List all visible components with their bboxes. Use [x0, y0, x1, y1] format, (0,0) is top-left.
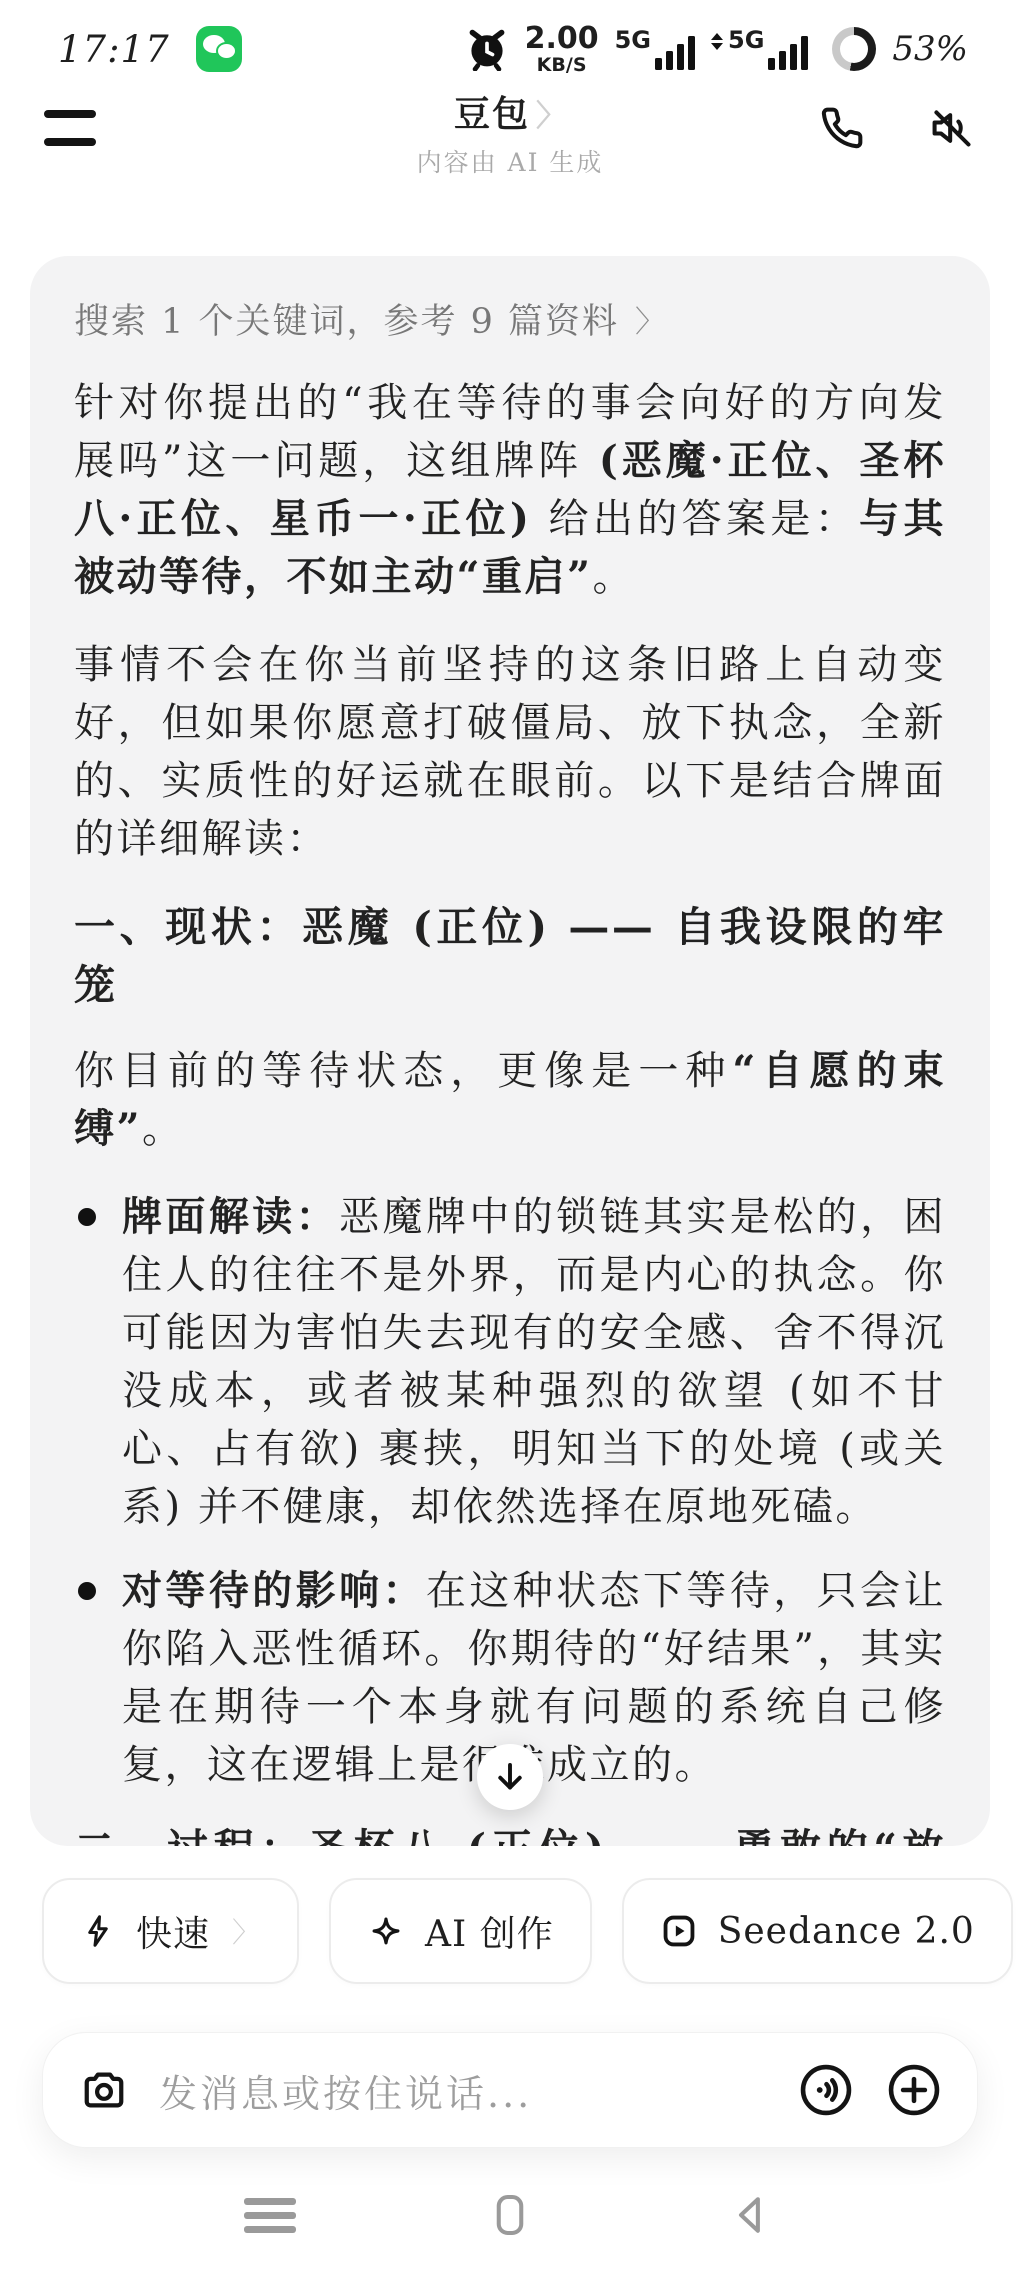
- android-nav-bar: [0, 2150, 1020, 2280]
- text: 。: [142, 1106, 185, 1152]
- data-updown-icon: [711, 33, 723, 50]
- status-time: 17:17: [58, 28, 170, 71]
- phone-icon[interactable]: [820, 106, 864, 150]
- quick-action-fast[interactable]: 快速 〉: [42, 1878, 299, 1984]
- alarm-icon: [465, 27, 509, 71]
- bullet-dot-icon: [78, 1582, 96, 1600]
- signal-bars-icon: [768, 36, 808, 70]
- app-header: 豆包〉 内容由 AI 生成: [0, 84, 1020, 180]
- quick-action-label: 快速: [136, 1906, 210, 1957]
- quick-actions-row: 快速 〉 AI 创作 Seedance 2.0 帮我写作: [0, 1878, 1020, 1984]
- scroll-down-icon: [492, 1759, 528, 1795]
- search-summary: 搜索 1 个关键词，参考 9 篇资料: [74, 294, 619, 344]
- chevron-right-icon: 〉: [635, 297, 667, 341]
- nav-recents-icon[interactable]: [235, 2180, 305, 2250]
- section-heading: 一、现状：恶魔 (正位) —— 自我设限的牢笼: [74, 898, 946, 1014]
- video-play-icon: [660, 1912, 698, 1950]
- text: 给出的答案是：: [531, 496, 859, 542]
- status-bar: 17:17 2.00 KB/S 5G 5G 53%: [0, 0, 1020, 84]
- signal-bars-icon: [655, 36, 695, 70]
- paragraph: 你目前的等待状态，更像是一种“自愿的束缚”。: [74, 1042, 946, 1158]
- camera-icon[interactable]: [81, 2067, 127, 2113]
- signal-sim2: 5G: [711, 28, 808, 70]
- bullet-item: 牌面解读：恶魔牌中的锁链其实是松的，困住人的往往不是外界，而是内心的执念。你可能…: [74, 1188, 946, 1536]
- sim1-network-label: 5G: [615, 28, 651, 52]
- nav-home-icon[interactable]: [475, 2180, 545, 2250]
- bold-text: 一、现状：恶魔 (正位) —— 自我设限的牢笼: [74, 903, 946, 1009]
- sound-off-icon[interactable]: [930, 106, 974, 150]
- bullet-dot-icon: [78, 1208, 96, 1226]
- search-reference-row[interactable]: 搜索 1 个关键词，参考 9 篇资料 〉: [74, 294, 946, 344]
- message-input-bar: 发消息或按住说话...: [42, 2032, 978, 2148]
- battery-percent: 53%: [892, 29, 968, 69]
- battery-ring-icon: [832, 27, 876, 71]
- page-title: 豆包: [454, 93, 530, 135]
- voice-wave-icon[interactable]: [797, 2061, 855, 2119]
- chevron-right-icon: 〉: [536, 99, 566, 134]
- quick-action-label: Seedance 2.0: [718, 1911, 975, 1952]
- network-speed: 2.00 KB/S: [525, 24, 599, 75]
- plus-icon[interactable]: [885, 2061, 943, 2119]
- text: 事情不会在你当前坚持的这条旧路上自动变好，但如果你愿意打破僵局、放下执念，全新的…: [74, 642, 946, 862]
- text: 。: [593, 554, 636, 600]
- message-input[interactable]: 发消息或按住说话...: [159, 2063, 797, 2118]
- signal-sim1: 5G: [615, 28, 695, 70]
- sparkle-icon: [367, 1912, 405, 1950]
- lightning-icon: [80, 1913, 116, 1949]
- sim2-network-label: 5G: [728, 28, 764, 52]
- ai-message-card: 搜索 1 个关键词，参考 9 篇资料 〉 针对你提出的“我在等待的事会向好的方向…: [30, 256, 990, 1846]
- paragraph: 事情不会在你当前坚持的这条旧路上自动变好，但如果你愿意打破僵局、放下执念，全新的…: [74, 636, 946, 868]
- wechat-notification-icon: [196, 26, 242, 72]
- bold-text: 牌面解读：: [122, 1193, 339, 1240]
- bold-text: 二、过程：圣杯八 (正位) —— 勇敢的“放下”: [74, 1825, 946, 1846]
- chevron-right-icon: 〉: [232, 1911, 261, 1951]
- quick-action-label: AI 创作: [425, 1906, 554, 1957]
- message-body: 针对你提出的“我在等待的事会向好的方向发展吗”这一问题，这组牌阵 (恶魔·正位、…: [74, 374, 946, 1846]
- section-heading: 二、过程：圣杯八 (正位) —— 勇敢的“放下”: [74, 1820, 946, 1846]
- nav-back-icon[interactable]: [715, 2180, 785, 2250]
- bold-text: 对等待的影响：: [122, 1567, 426, 1614]
- text: 你目前的等待状态，更像是一种: [74, 1048, 732, 1094]
- paragraph: 针对你提出的“我在等待的事会向好的方向发展吗”这一问题，这组牌阵 (恶魔·正位、…: [74, 374, 946, 606]
- bullet-text: 牌面解读：恶魔牌中的锁链其实是松的，困住人的往往不是外界，而是内心的执念。你可能…: [122, 1188, 946, 1536]
- quick-action-ai-create[interactable]: AI 创作: [329, 1878, 592, 1984]
- quick-action-seedance[interactable]: Seedance 2.0: [622, 1878, 1013, 1984]
- text: 恶魔牌中的锁链其实是松的，困住人的往往不是外界，而是内心的执念。你可能因为害怕失…: [122, 1194, 946, 1530]
- scroll-down-button[interactable]: [477, 1744, 543, 1810]
